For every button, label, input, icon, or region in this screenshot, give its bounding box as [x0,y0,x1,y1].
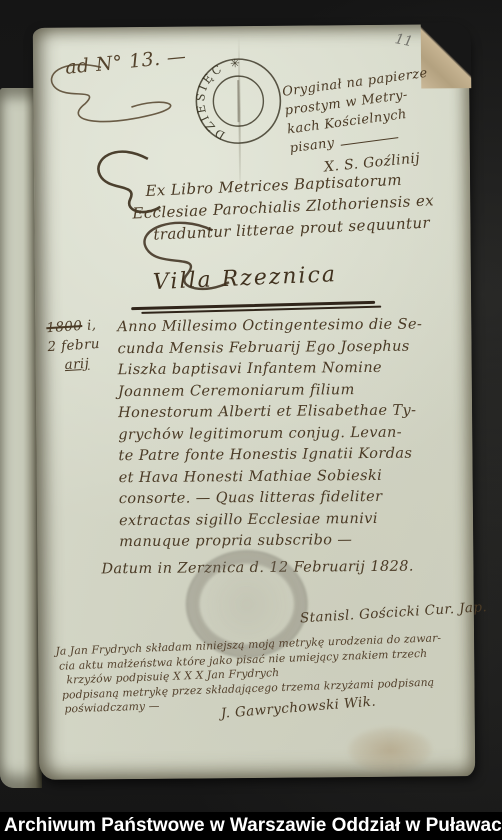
fee-stamp-ring-text: DZIESIĘC ✳ GROSZY [191,54,243,143]
margin-date-note: 1800 i, 2 febru arij [46,316,102,376]
margin-note-line: arij [64,354,102,375]
latin-body-line: te Patre fonte Honestis Ignatii Kordas [118,444,423,468]
attestation-note: Oryginał na papierze prostym w Metry- ka… [281,64,436,158]
latin-body-line: et Hava Honesti Mathiae Sobieski [119,465,424,489]
margin-note-line: 2 febru [47,335,101,357]
paper-stain [347,726,433,773]
svg-text:DZIESIĘC ✳ GROSZY: DZIESIĘC ✳ GROSZY [191,54,243,143]
latin-body-line: cunda Mensis Februarij Ego Josephus [117,336,422,360]
latin-body-line: Anno Millesimo Octingentesimo die Se- [117,315,422,339]
archive-scan-photo: 11 ad N° 13. — DZIESIĘC ✳ GROSZY Orygina… [0,0,502,840]
closing-signature: Stanisl. Gościcki Cur. Jap. [300,599,488,626]
document-page: 11 ad N° 13. — DZIESIĘC ✳ GROSZY Orygina… [33,24,476,780]
latin-body-line: consorte. — Quas litteras fideliter [119,487,424,511]
caption-bar: Archiwum Państwowe w Warszawie Oddział w… [0,812,502,840]
heading-underline [131,301,375,310]
latin-body-line: Liszka baptisavi Infantem Nomine [118,358,423,382]
latin-body-line: manuque propria subscribo — [119,530,424,554]
fee-stamp: DZIESIĘC ✳ GROSZY [191,54,286,149]
struck-year: 1800 [46,318,83,336]
latin-body: Anno Millesimo Octingentesimo die Se- cu… [117,315,424,581]
latin-body-line: extractas sigillo Ecclesiae munivi [119,508,424,532]
latin-body-line: Joannem Ceremoniarum filium [118,379,423,403]
margin-note-rest: i, [86,317,96,334]
latin-body-line: Honestorum Alberti et Elisabethae Ty- [118,401,423,425]
attestation-line-text: pisany [289,136,336,157]
latin-body-line: grychów legitimorum conjug. Levan- [118,422,423,446]
pencil-page-number: 11 [393,31,414,50]
